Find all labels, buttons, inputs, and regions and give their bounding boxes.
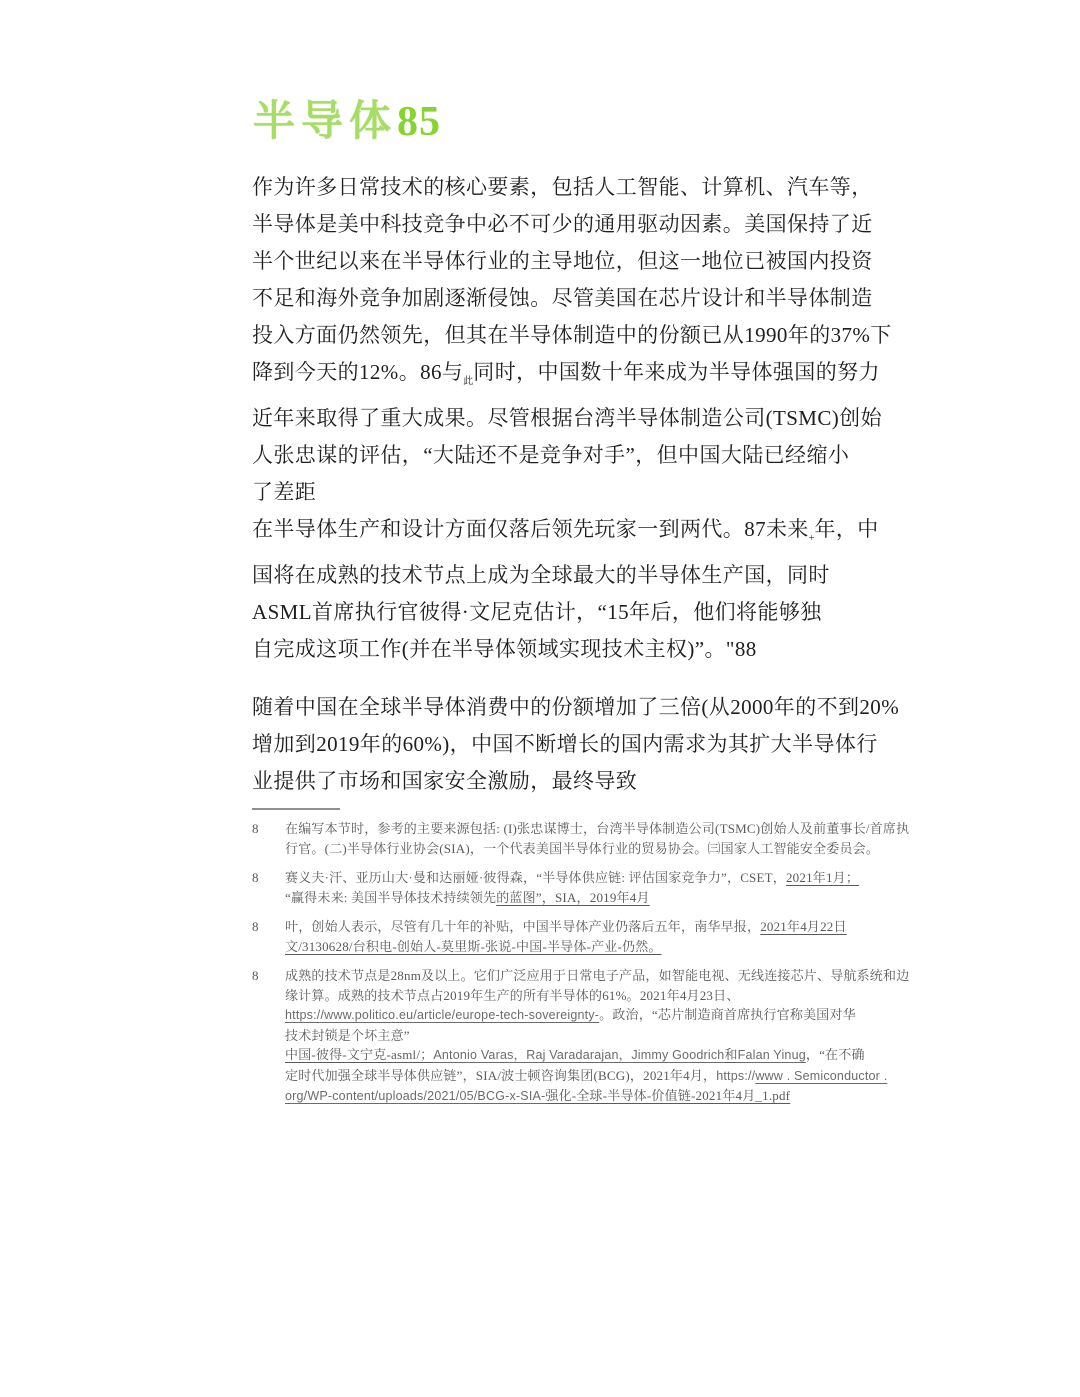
body-line: 降到今天的12%。86与此同时，中国数十年来成为半导体强国的努力 bbox=[252, 354, 952, 400]
footnote-line: 成熟的技术节点是28nm及以上。它们广泛应用于日常电子产品，如智能电视、无线连接… bbox=[285, 966, 912, 986]
text-segment: ，“在不确 bbox=[806, 1047, 865, 1062]
text-segment: 不足和海外竞争加剧逐渐侵蚀。尽管美国在芯片设计和半导体制造 bbox=[252, 286, 873, 310]
footnote-link[interactable]: Falan Yinug bbox=[738, 1048, 806, 1062]
text-segment: 在半导体生产和设计方面仅落后领先玩家一到两代。87未来 bbox=[252, 517, 809, 541]
body-line: 增加到2019年的60%)，中国不断增长的国内需求为其扩大半导体行 bbox=[252, 726, 952, 763]
footnote-line: 缘计算。成熟的技术节点占2019年生产的所有半导体的61%。2021年4月23日… bbox=[285, 986, 912, 1006]
footnote-text: 赛义夫·汗、亚历山大·曼和达丽娅·彼得森，“半导体供应链: 评估国家竞争力”，C… bbox=[285, 868, 912, 907]
footnote-link[interactable]: 强化-全球-半导体-价值链-2021年4月_1.pdf bbox=[545, 1088, 790, 1103]
body-line: 自完成这项工作(并在半导体领域实现技术主权)”。"88 bbox=[252, 631, 952, 668]
footnote-link[interactable]: 2021年1月； bbox=[786, 870, 859, 885]
body-line: 作为许多日常技术的核心要素，包括人工智能、计算机、汽车等， bbox=[252, 169, 952, 206]
footnote-line: 中国-彼得-文宁克-asml/；Antonio Varas，Raj Varada… bbox=[285, 1045, 912, 1066]
footnote-line: 在编写本节时，参考的主要来源包括: (I)张忠谋博士，台湾半导体制造公司(TSM… bbox=[285, 819, 912, 839]
body-line: 了差距 bbox=[252, 474, 952, 511]
body-line: 国将在成熟的技术节点上成为全球最大的半导体生产国，同时 bbox=[252, 557, 952, 594]
text-segment: 年，中 bbox=[814, 517, 878, 541]
text-segment: 叶，创始人表示，尽管有几十年的补贴，中国半导体产业仍落后五年，南华早报， bbox=[285, 919, 760, 934]
footnote-marker: 8 bbox=[252, 966, 285, 1107]
text-segment: 赛义夫·汗、亚历山大·曼和达丽娅·彼得森，“半导体供应链: 评估国家竞争力”，C… bbox=[285, 870, 786, 885]
footnote: 8叶，创始人表示，尽管有几十年的补贴，中国半导体产业仍落后五年，南华早报，202… bbox=[252, 917, 912, 956]
footnote-link[interactable]: 中国-彼得-文宁克-asml/； bbox=[285, 1047, 433, 1062]
text-segment: 业提供了市场和国家安全激励，最终导致 bbox=[252, 769, 637, 793]
text-segment: 行官。(二)半导体行业协会(SIA)，一个代表美国半导体行业的贸易协会。㈢国家人… bbox=[285, 841, 879, 856]
body-line: 半导体是美中科技竞争中必不可少的通用驱动因素。美国保持了近 bbox=[252, 206, 952, 243]
text-segment: 了差距 bbox=[252, 480, 316, 504]
footnote-marker: 8 bbox=[252, 819, 285, 858]
text-segment: 增加到2019年的60%)，中国不断增长的国内需求为其扩大半导体行 bbox=[252, 732, 878, 756]
text-segment: 定时代加强全球半导体供应链”，SIA/波士顿咨询集团(BCG)，2021年4月， bbox=[285, 1068, 716, 1083]
body-line: 随着中国在全球半导体消费中的份额增加了三倍(从2000年的不到20% bbox=[252, 689, 952, 726]
footnote-link[interactable]: 的蓝图”，SIA，2019年4月 bbox=[496, 890, 649, 905]
body-line: 近年来取得了重大成果。尽管根据台湾半导体制造公司(TSMC)创始 bbox=[252, 400, 952, 437]
footnote-marker: 8 bbox=[252, 917, 285, 956]
footnote-line: 赛义夫·汗、亚历山大·曼和达丽娅·彼得森，“半导体供应链: 评估国家竞争力”，C… bbox=[285, 868, 912, 888]
footnote-separator bbox=[252, 808, 340, 810]
footnote-text: 在编写本节时，参考的主要来源包括: (I)张忠谋博士，台湾半导体制造公司(TSM… bbox=[285, 819, 912, 858]
footnote: 8成熟的技术节点是28nm及以上。它们广泛应用于日常电子产品，如智能电视、无线连… bbox=[252, 966, 912, 1107]
footnote-link[interactable]: 2021年4月22日 bbox=[760, 919, 847, 934]
footnote-link[interactable]: 此 bbox=[463, 376, 473, 387]
footnote-list: 8在编写本节时，参考的主要来源包括: (I)张忠谋博士，台湾半导体制造公司(TS… bbox=[252, 819, 912, 1107]
text-segment: 作为许多日常技术的核心要素，包括人工智能、计算机、汽车等， bbox=[252, 175, 873, 199]
text-segment: ASML首席执行官彼得·文尼克估计，“15年后，他们将能够独 bbox=[252, 600, 822, 624]
body-line: 不足和海外竞争加剧逐渐侵蚀。尽管美国在芯片设计和半导体制造 bbox=[252, 280, 952, 317]
footnote-link[interactable]: org/WP-content/uploads/2021/05/BCG-x-SIA… bbox=[285, 1089, 545, 1103]
footnote-text: 叶，创始人表示，尽管有几十年的补贴，中国半导体产业仍落后五年，南华早报，2021… bbox=[285, 917, 912, 956]
body-line: 投入方面仍然领先，但其在半导体制造中的份额已从1990年的37%下 bbox=[252, 317, 952, 354]
footnote: 8在编写本节时，参考的主要来源包括: (I)张忠谋博士，台湾半导体制造公司(TS… bbox=[252, 819, 912, 858]
footnote-line: https://www.politico.eu/article/europe-t… bbox=[285, 1005, 912, 1026]
text-segment: 投入方面仍然领先，但其在半导体制造中的份额已从1990年的37%下 bbox=[252, 323, 892, 347]
page-title-number: 85 bbox=[397, 99, 441, 145]
text-segment: 降到今天的12%。86与 bbox=[252, 360, 463, 384]
paragraph: 随着中国在全球半导体消费中的份额增加了三倍(从2000年的不到20%增加到201… bbox=[252, 689, 952, 800]
footnote-line: 技术封锁是个坏主意” bbox=[285, 1026, 912, 1046]
footnote: 8赛义夫·汗、亚历山大·曼和达丽娅·彼得森，“半导体供应链: 评估国家竞争力”，… bbox=[252, 868, 912, 907]
page-title: 半导体85 bbox=[253, 88, 441, 148]
text-segment: 半个世纪以来在半导体行业的主导地位，但这一地位已被国内投资 bbox=[252, 249, 873, 273]
text-segment: “赢得未来: 美国半导体技术持续领先 bbox=[285, 890, 496, 905]
text-segment: 技术封锁是个坏主意” bbox=[285, 1028, 410, 1043]
footnote-marker: 8 bbox=[252, 868, 285, 907]
footnote-line: 行官。(二)半导体行业协会(SIA)，一个代表美国半导体行业的贸易协会。㈢国家人… bbox=[285, 839, 912, 859]
footnote-link[interactable]: 文/3130628/台积电-创始人-莫里斯-张说-中国-半导体-产业-仍然。 bbox=[285, 939, 662, 954]
text-segment: 随着中国在全球半导体消费中的份额增加了三倍(从2000年的不到20% bbox=[252, 695, 899, 719]
text-segment: 。政治，“芯片制造商首席执行官称美国对华 bbox=[599, 1007, 856, 1022]
footnote-line: org/WP-content/uploads/2021/05/BCG-x-SIA… bbox=[285, 1086, 912, 1107]
text-segment: 人张忠谋的评估，“大陆还不是竞争对手”，但中国大陆已经缩小 bbox=[252, 443, 849, 467]
text-segment: https:// bbox=[716, 1069, 755, 1083]
body-text: 作为许多日常技术的核心要素，包括人工智能、计算机、汽车等，半导体是美中科技竞争中… bbox=[252, 169, 952, 800]
body-line: 人张忠谋的评估，“大陆还不是竞争对手”，但中国大陆已经缩小 bbox=[252, 437, 952, 474]
paragraph: 作为许多日常技术的核心要素，包括人工智能、计算机、汽车等，半导体是美中科技竞争中… bbox=[252, 169, 952, 668]
footnote-text: 成熟的技术节点是28nm及以上。它们广泛应用于日常电子产品，如智能电视、无线连接… bbox=[285, 966, 912, 1107]
footnote-line: 文/3130628/台积电-创始人-莫里斯-张说-中国-半导体-产业-仍然。 bbox=[285, 937, 912, 957]
footnote-link[interactable]: https://www.politico.eu/article/europe-t… bbox=[285, 1008, 599, 1022]
text-segment: 缘计算。成熟的技术节点占2019年生产的所有半导体的61%。2021年4月23日… bbox=[285, 988, 740, 1003]
footnote-line: “赢得未来: 美国半导体技术持续领先的蓝图”，SIA，2019年4月 bbox=[285, 888, 912, 908]
body-line: 在半导体生产和设计方面仅落后领先玩家一到两代。87未来+年，中 bbox=[252, 511, 952, 557]
document-page: 半导体85 作为许多日常技术的核心要素，包括人工智能、计算机、汽车等，半导体是美… bbox=[0, 0, 1080, 1397]
text-segment: 自完成这项工作(并在半导体领域实现技术主权)”。"88 bbox=[252, 637, 757, 661]
footnote-link[interactable]: 和 bbox=[724, 1047, 737, 1062]
text-segment: 近年来取得了重大成果。尽管根据台湾半导体制造公司(TSMC)创始 bbox=[252, 406, 882, 430]
footnote-link[interactable]: Antonio Varas，Raj Varadarajan，Jimmy Good… bbox=[433, 1048, 724, 1062]
text-segment: 同时，中国数十年来成为半导体强国的努力 bbox=[473, 360, 880, 384]
footnote-line: 叶，创始人表示，尽管有几十年的补贴，中国半导体产业仍落后五年，南华早报，2021… bbox=[285, 917, 912, 937]
footnote-line: 定时代加强全球半导体供应链”，SIA/波士顿咨询集团(BCG)，2021年4月，… bbox=[285, 1066, 912, 1087]
body-line: ASML首席执行官彼得·文尼克估计，“15年后，他们将能够独 bbox=[252, 594, 952, 631]
text-segment: 在编写本节时，参考的主要来源包括: (I)张忠谋博士，台湾半导体制造公司(TSM… bbox=[285, 821, 909, 836]
text-segment: 半导体是美中科技竞争中必不可少的通用驱动因素。美国保持了近 bbox=[252, 212, 873, 236]
text-segment: 成熟的技术节点是28nm及以上。它们广泛应用于日常电子产品，如智能电视、无线连接… bbox=[285, 968, 909, 983]
body-line: 半个世纪以来在半导体行业的主导地位，但这一地位已被国内投资 bbox=[252, 243, 952, 280]
footnotes-section: 8在编写本节时，参考的主要来源包括: (I)张忠谋博士，台湾半导体制造公司(TS… bbox=[252, 808, 912, 1117]
body-line: 业提供了市场和国家安全激励，最终导致 bbox=[252, 763, 952, 800]
text-segment: 国将在成熟的技术节点上成为全球最大的半导体生产国，同时 bbox=[252, 563, 830, 587]
page-title-text: 半导体 bbox=[253, 99, 397, 145]
footnote-link[interactable]: www . Semiconductor . bbox=[755, 1069, 887, 1083]
